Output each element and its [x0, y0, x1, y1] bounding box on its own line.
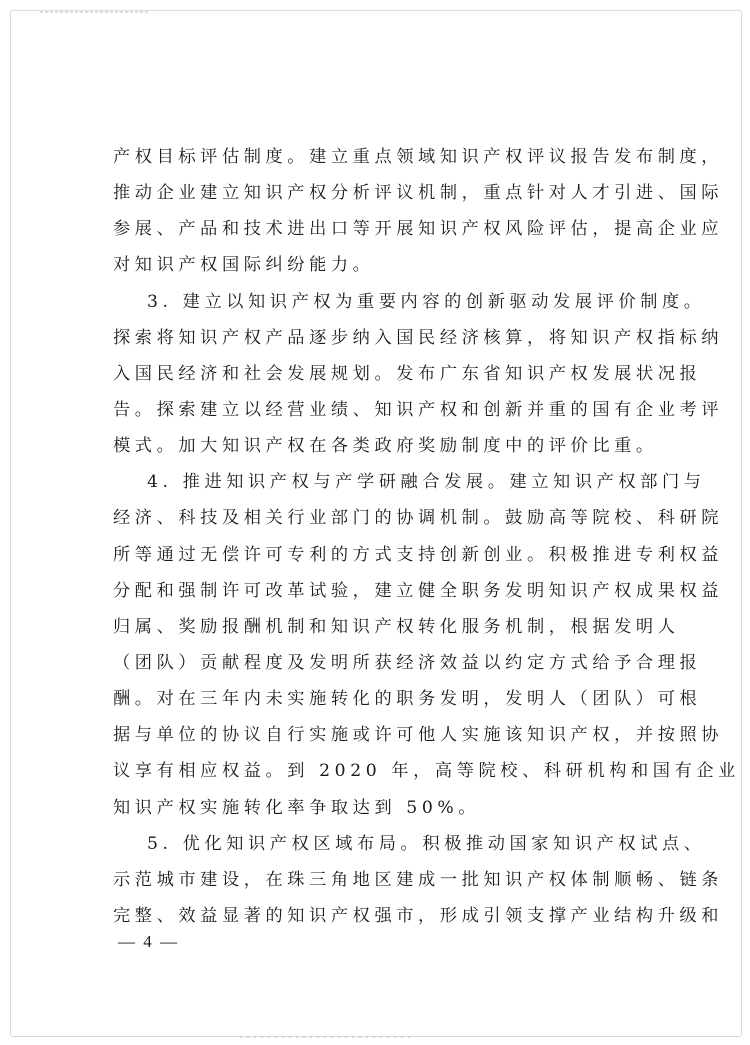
- text-line: 议享有相应权益。到 2020 年，高等院校、科研机构和国有企业: [113, 758, 651, 794]
- text-line: 入国民经济和社会发展规划。发布广东省知识产权发展状况报: [113, 361, 651, 397]
- text-line: 告。探索建立以经营业绩、知识产权和创新并重的国有企业考评: [113, 397, 651, 433]
- text-line: 参展、产品和技术进出口等开展知识产权风险评估，提高企业应: [113, 216, 651, 252]
- text-line: 模式。加大知识产权在各类政府奖励制度中的评价比重。: [113, 433, 651, 469]
- text-line: 完整、效益显著的知识产权强市，形成引领支撑产业结构升级和: [113, 903, 651, 939]
- document-body: 产权目标评估制度。建立重点领域知识产权评议报告发布制度， 推动企业建立知识产权分…: [113, 144, 651, 939]
- text-line: 探索将知识产权产品逐步纳入国民经济核算，将知识产权指标纳: [113, 325, 651, 361]
- text-line: （团队）贡献程度及发明所获经济效益以约定方式给予合理报: [113, 650, 651, 686]
- text-line: 所等通过无偿许可专利的方式支持创新创业。积极推进专利权益: [113, 542, 651, 578]
- page-number: — 4 —: [118, 932, 179, 952]
- scan-artifact-top: [40, 11, 150, 13]
- text-line: 知识产权实施转化率争取达到 50%。: [113, 795, 651, 831]
- section-heading-3: 3. 建立以知识产权为重要内容的创新驱动发展评价制度。: [113, 289, 651, 325]
- text-line: 据与单位的协议自行实施或许可他人实施该知识产权，并按照协: [113, 722, 651, 758]
- text-line: 归属、奖励报酬机制和知识产权转化服务机制，根据发明人: [113, 614, 651, 650]
- text-line: 推动企业建立知识产权分析评议机制，重点针对人才引进、国际: [113, 180, 651, 216]
- text-line: 产权目标评估制度。建立重点领域知识产权评议报告发布制度，: [113, 144, 651, 180]
- text-line: 对知识产权国际纠纷能力。: [113, 252, 651, 288]
- section-heading-5: 5. 优化知识产权区域布局。积极推动国家知识产权试点、: [113, 831, 651, 867]
- text-line: 示范城市建设，在珠三角地区建成一批知识产权体制顺畅、链条: [113, 867, 651, 903]
- text-line: 酬。对在三年内未实施转化的职务发明，发明人（团队）可根: [113, 686, 651, 722]
- text-line: 分配和强制许可改革试验，建立健全职务发明知识产权成果权益: [113, 578, 651, 614]
- section-heading-4: 4. 推进知识产权与产学研融合发展。建立知识产权部门与: [113, 469, 651, 505]
- text-line: 经济、科技及相关行业部门的协调机制。鼓励高等院校、科研院: [113, 505, 651, 541]
- scan-artifact-bottom: [240, 1036, 410, 1038]
